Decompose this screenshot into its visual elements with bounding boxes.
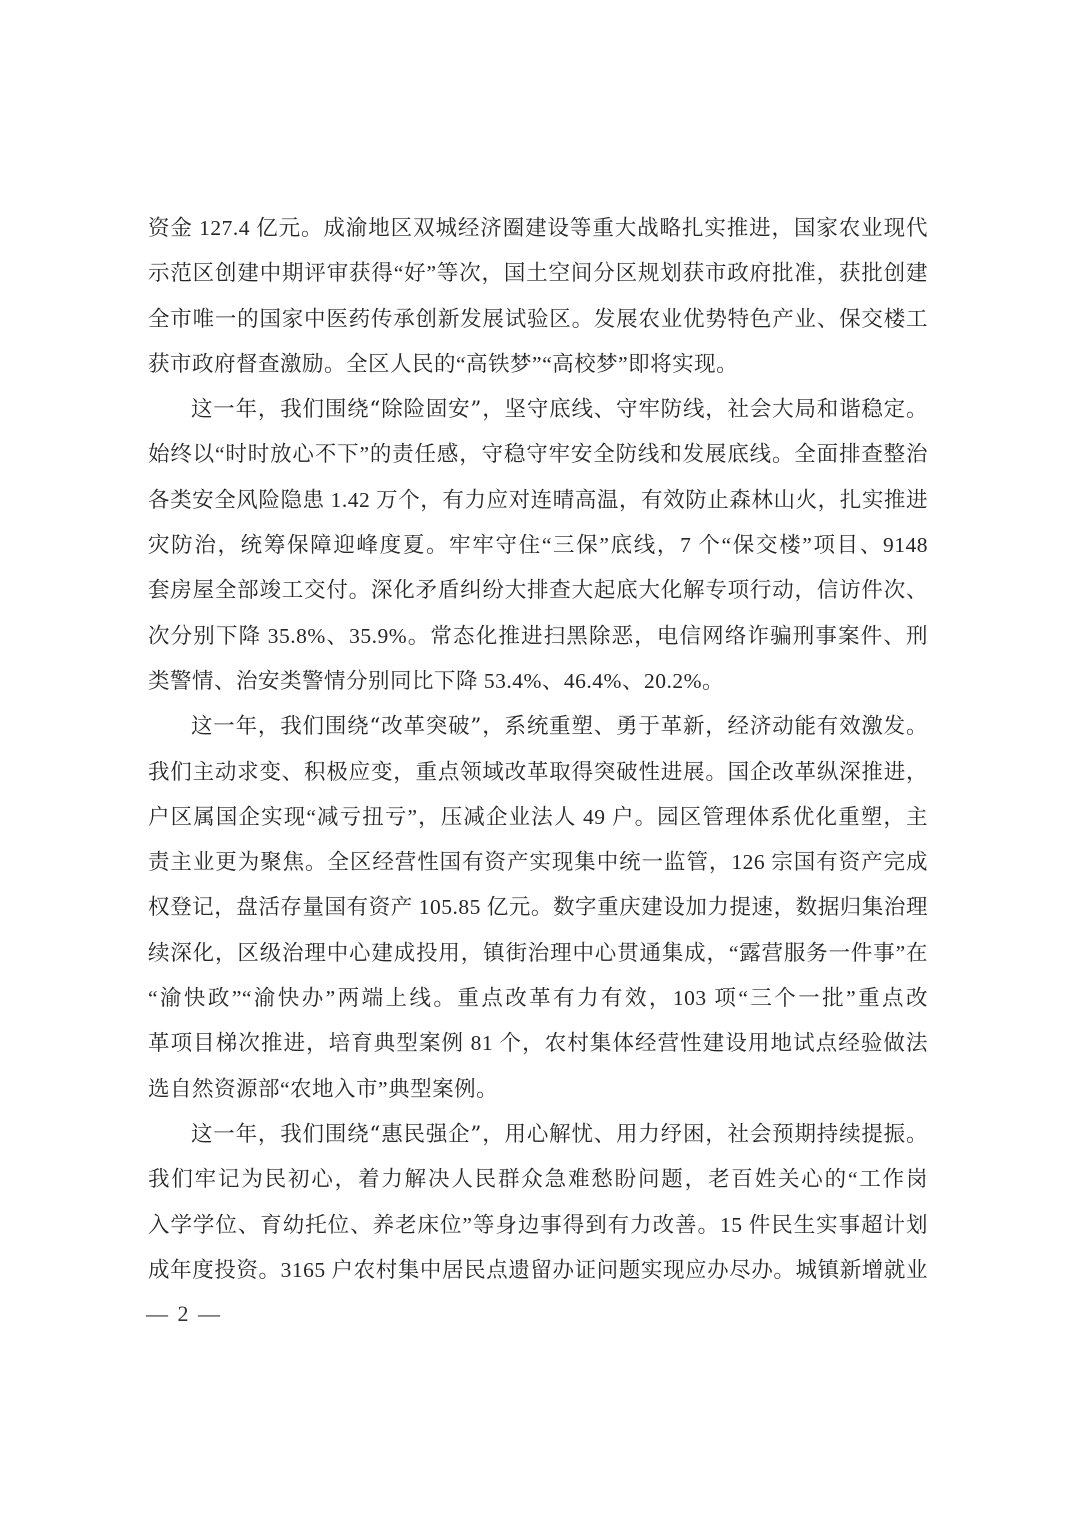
text-line: 次分别下降 35.8%、35.9%。常态化推进扫黑除恶，电信网络诈骗刑事案件、刑… — [148, 614, 928, 659]
text-line: 套房屋全部竣工交付。深化矛盾纠纷大排查大起底大化解专项行动，信访件次、人 — [148, 568, 928, 613]
text-line: 革项目梯次推进，培育典型案例 81 个，农村集体经营性建设用地试点经验做法入 — [148, 1021, 928, 1066]
text-line: 示范区创建中期评审获得“好”等次，国土空间分区规划获市政府批准，获批创建 — [148, 251, 928, 296]
text-line: 这一年，我们围绕“改革突破”，系统重塑、勇于革新，经济动能有效激发。 — [148, 704, 928, 749]
text-line: 我们主动求变、积极应变，重点领域改革取得突破性进展。国企改革纵深推进，86 — [148, 750, 928, 795]
text-line: “渝快政”“渝快办”两端上线。重点改革有力有效，103 项“三个一批”重点改 — [148, 976, 928, 1021]
text-line: 灾防治，统筹保障迎峰度夏。牢牢守住“三保”底线，7 个“保交楼”项目、9148 — [148, 523, 928, 568]
text-line: 这一年，我们围绕“除险固安”，坚守底线、守牢防线，社会大局和谐稳定。 — [148, 387, 928, 432]
text-line: 权登记，盘活存量国有资产 105.85 亿元。数字重庆建设加力提速，数据归集治理… — [148, 885, 928, 930]
text-line: 我们牢记为民初心，着力解决人民群众急难愁盼问题，老百姓关心的“工作岗位、 — [148, 1157, 928, 1202]
text-line: 全市唯一的国家中医药传承创新发展试验区。发展农业优势特色产业、保交楼工作 — [148, 297, 928, 342]
text-line: 成年度投资。3165 户农村集中居民点遗留办证问题实现应办尽办。城镇新增就业 — [148, 1248, 928, 1293]
document-page: 资金 127.4 亿元。成渝地区双城经济圈建设等重大战略扎实推进，国家农业现代化… — [0, 0, 1074, 1520]
text-line: 这一年，我们围绕“惠民强企”，用心解忧、用力纾困，社会预期持续提振。 — [148, 1112, 928, 1157]
document-body: 资金 127.4 亿元。成渝地区双城经济圈建设等重大战略扎实推进，国家农业现代化… — [148, 206, 928, 1293]
text-line: 类警情、治安类警情分别同比下降 53.4%、46.4%、20.2%。 — [148, 659, 928, 704]
text-line: 责主业更为聚焦。全区经营性国有资产实现集中统一监管，126 宗国有资产完成确 — [148, 840, 928, 885]
text-line: 始终以“时时放心不下”的责任感，守稳守牢安全防线和发展底线。全面排查整治 — [148, 432, 928, 477]
text-line: 续深化，区级治理中心建成投用，镇街治理中心贯通集成，“露营服务一件事”在 — [148, 931, 928, 976]
page-number: — 2 — — [146, 1299, 222, 1329]
text-line: 户区属国企实现“减亏扭亏”，压减企业法人 49 户。园区管理体系优化重塑，主 — [148, 795, 928, 840]
text-line: 各类安全风险隐患 1.42 万个，有力应对连晴高温，有效防止森林山火，扎实推进地 — [148, 478, 928, 523]
text-line: 资金 127.4 亿元。成渝地区双城经济圈建设等重大战略扎实推进，国家农业现代化 — [148, 206, 928, 251]
text-line: 选自然资源部“农地入市”典型案例。 — [148, 1067, 928, 1112]
text-line: 获市政府督查激励。全区人民的“高铁梦”“高校梦”即将实现。 — [148, 342, 928, 387]
text-line: 入学学位、育幼托位、养老床位”等身边事得到有力改善。15 件民生实事超计划完 — [148, 1203, 928, 1248]
